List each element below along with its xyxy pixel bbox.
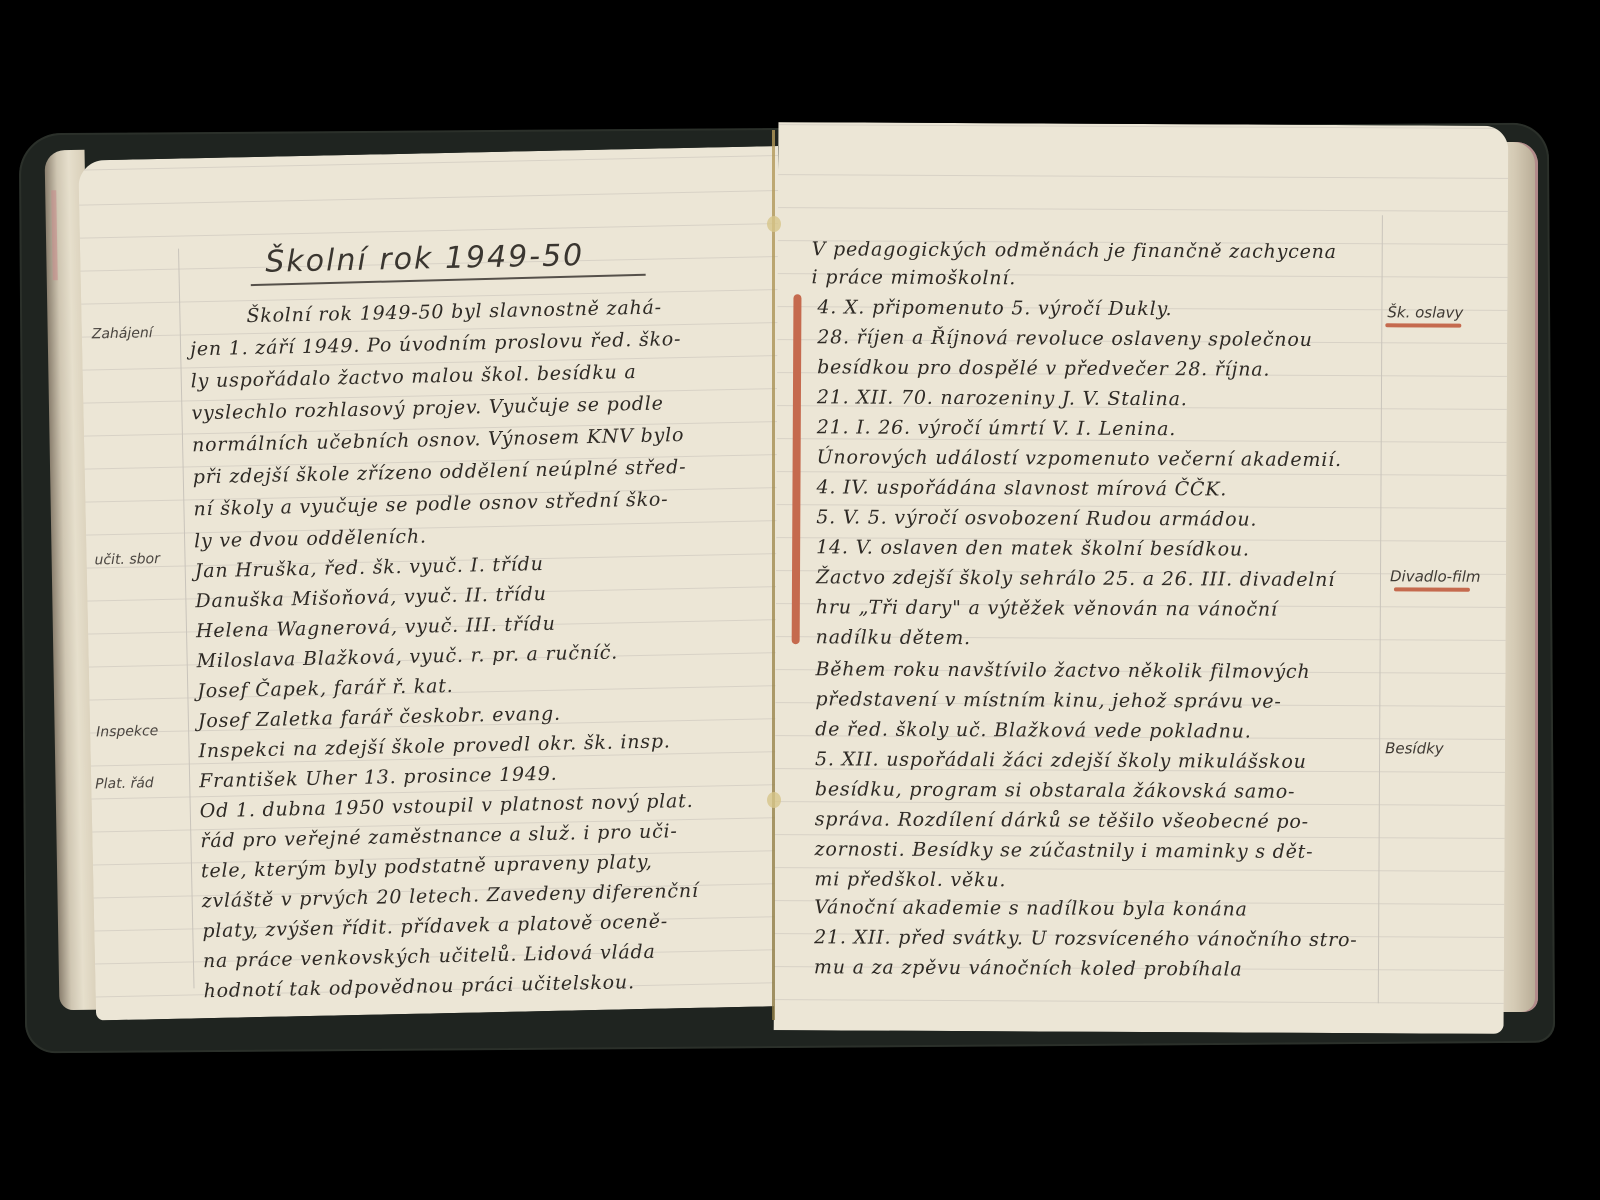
text-line: jen 1. září 1949. Po úvodním proslovu ře… [190, 330, 682, 359]
page-title: Školní rok 1949-50 [265, 238, 585, 280]
margin-label-inspekce: Inspekce [96, 723, 159, 740]
text-line: řád pro veřejné zaměstnance a služ. i pr… [200, 822, 678, 851]
margin-label-besidky: Besídky [1385, 739, 1444, 757]
text-line: ly uspořádalo žactvo malou škol. besídku… [191, 363, 637, 391]
text-line: platy, zvýšen řídit. přídavek a platově … [202, 912, 668, 941]
right-page: Šk. oslavy Divadlo-film Besídky V pedago… [774, 122, 1509, 1034]
text-line: mu a za zpěvu vánočních koled probíhala [814, 958, 1243, 979]
text-line: při zdejší škole zřízeno oddělení neúpln… [193, 458, 687, 487]
text-line: zvláště v prvých 20 letech. Zavedeny dif… [202, 882, 699, 911]
red-underline [1394, 587, 1470, 591]
staff-line: Miloslava Blažková, vyuč. r. pr. a ruční… [196, 643, 618, 671]
text-line: de řed. školy uč. Blažková vede pokladnu… [815, 720, 1251, 741]
text-line: Od 1. dubna 1950 vstoupil v platnost nov… [200, 792, 694, 821]
text-line: ly ve dvou odděleních. [194, 527, 427, 551]
margin-label-sk-oslavy: Šk. oslavy [1387, 303, 1463, 321]
text-line: nadílku dětem. [816, 628, 971, 648]
text-line: hodnotí tak odpovědnou práci učitelskou. [203, 973, 635, 1001]
binding-knot [767, 792, 781, 808]
red-underline [1385, 323, 1461, 327]
event-line: 14. V. oslaven den matek školní besídkou… [816, 538, 1250, 559]
text-line: představení v místním kinu, jehož správu… [815, 690, 1281, 711]
text-line: Inspekci na zdejší škole provedl okr. šk… [198, 732, 670, 761]
staff-line: Helena Wagnerová, vyuč. III. třídu [196, 615, 556, 642]
margin-label-ucit-sbor: učit. sbor [94, 551, 160, 568]
event-line: 5. V. 5. výročí osvobození Rudou armádou… [816, 508, 1257, 529]
text-line: ní školy a vyučuje se podle osnov středn… [193, 490, 668, 519]
text-line: besídku, program si obstarala žákovská s… [815, 780, 1295, 802]
text-line: správa. Rozdílení dárků se těšilo všeobe… [815, 810, 1309, 832]
staff-line: Danuška Mišoňová, vyuč. II. třídu [195, 585, 547, 611]
text-line: normálních učebních osnov. Výnosem KNV b… [192, 426, 684, 455]
event-line: besídkou pro dospělé v předvečer 28. říj… [817, 358, 1270, 379]
text-line: i práce mimoškolní. [812, 268, 1017, 288]
event-line: 21. I. 26. výročí úmrtí V. I. Lenina. [817, 418, 1176, 439]
margin-label-divadlo-film: Divadlo-film [1390, 567, 1481, 585]
text-line: na práce venkovských učitelů. Lidová vlá… [203, 943, 656, 971]
event-line: 28. říjen a Říjnová revoluce oslaveny sp… [817, 328, 1312, 350]
text-line: 5. XII. uspořádali žáci zdejší školy mik… [815, 750, 1307, 772]
text-line: zornosti. Besídky se zúčastnily i mamink… [815, 840, 1314, 862]
text-line: V pedagogických odměnách je finančně zac… [812, 240, 1337, 262]
text-line: Školní rok 1949-50 byl slavnostně zahá- [246, 298, 662, 326]
text-line: tele, kterým byly podstatně upraveny pla… [201, 853, 653, 881]
margin-rule [1378, 215, 1383, 1003]
text-line: Během roku navštívilo žactvo několik fil… [815, 660, 1310, 682]
event-line: 4. X. připomenuto 5. výročí Dukly. [817, 298, 1172, 319]
margin-label-zahajeni: Zahájení [92, 325, 153, 342]
event-line: 4. IV. uspořádána slavnost mírová ČČK. [816, 478, 1227, 499]
staff-line: Josef Zaletka farář českobr. evang. [198, 705, 561, 732]
margin-label-plat-rad: Plat. řád [95, 775, 154, 792]
staff-line: Jan Hruška, řed. šk. vyuč. I. třídu [195, 555, 544, 581]
text-line: hru „Tři dary" a výtěžek věnován na váno… [816, 598, 1278, 619]
text-line: 21. XII. před svátky. U rozsvíceného ván… [814, 928, 1357, 950]
binding-knot [767, 216, 781, 232]
event-line: 21. XII. 70. narozeniny J. V. Stalina. [817, 388, 1188, 409]
text-line: vyslechlo rozhlasový projev. Vyučuje se … [191, 394, 664, 423]
binding-thread [772, 130, 775, 1020]
event-line: Únorových událostí vzpomenuto večerní ak… [817, 448, 1342, 470]
staff-line: Josef Čapek, farář ř. kat. [197, 677, 454, 701]
text-line: Vánoční akademie s nadílkou byla konána [814, 898, 1248, 919]
text-line: František Uher 13. prosince 1949. [199, 765, 558, 792]
red-pencil-bracket [792, 294, 802, 644]
left-page: Školní rok 1949-50 Zahájení učit. sbor I… [78, 146, 796, 1020]
text-line: mi předškol. věku. [814, 870, 1006, 890]
text-line: Žactvo zdejší školy sehrálo 25. a 26. II… [816, 568, 1335, 590]
